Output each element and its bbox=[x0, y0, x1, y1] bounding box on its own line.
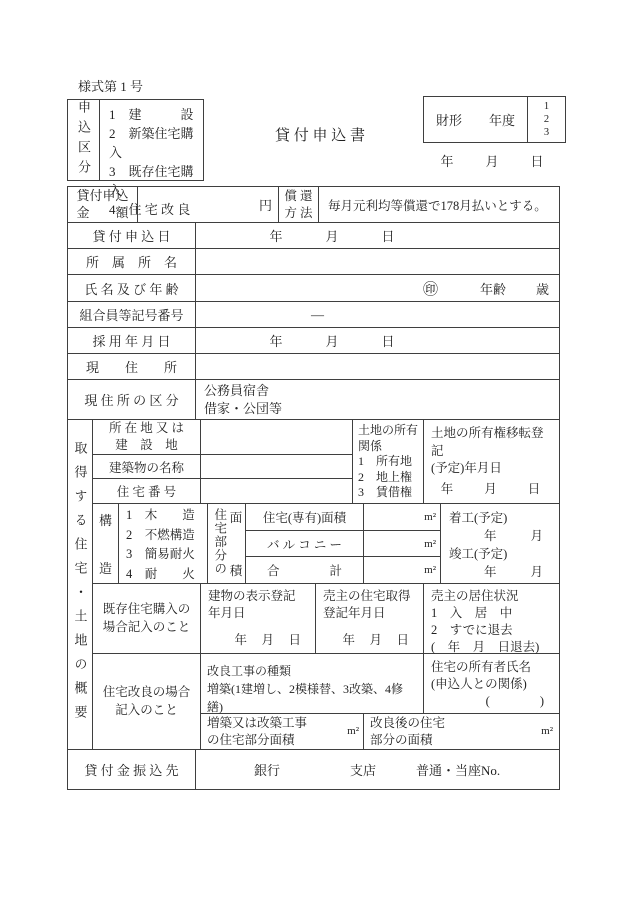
member-number-label: 組合員等記号番号 bbox=[68, 302, 196, 327]
land-ownership-title-2: 関係 bbox=[358, 439, 423, 455]
transfer-destination-input[interactable]: 銀行 支店 普通・当座No. bbox=[196, 750, 559, 789]
land-registration-date-input[interactable]: 年 月 日 bbox=[431, 481, 552, 499]
structure-options: 1 木 造 2 不燃構造 3 簡易耐火 4 耐 火 bbox=[119, 504, 208, 583]
sqm-unit: m² bbox=[347, 724, 359, 738]
row-member-number: 組合員等記号番号 — bbox=[68, 302, 559, 328]
row-building-name: 建築物の名称 bbox=[93, 455, 352, 480]
improvement-work-type-title: 改良工事の種類 bbox=[207, 662, 417, 680]
construction-start-date-input[interactable]: 年 月 bbox=[449, 527, 551, 545]
land-registration-label-1: 土地の所有権移転登記 bbox=[431, 425, 552, 460]
exclusive-area-input[interactable]: m² bbox=[364, 504, 440, 530]
improvement-body: 改良工事の種類 増築(1建増し、2模様替、3改築、4修繕) 住宅の所有者氏名 (… bbox=[201, 654, 559, 749]
sqm-unit: m² bbox=[424, 564, 436, 576]
improvement-bottom-row: 増築又は改築工事 の住宅部分面積 m² 改良後の住宅 部分の面積 bbox=[201, 714, 559, 749]
after-improvement-area-cell[interactable]: 改良後の住宅 部分の面積 m² bbox=[364, 714, 559, 749]
exclusive-area-label: 住宅(専有)面積 bbox=[246, 504, 364, 530]
land-ownership-cell: 土地の所有 関係 1 所有地 2 地上権 3 賃借権 bbox=[353, 420, 424, 503]
house-owner-name-label: 住宅の所有者氏名 bbox=[431, 659, 552, 676]
sqm-unit: m² bbox=[541, 724, 553, 738]
row-name-age: 氏 名 及 び 年 齢 ㊞ 年齢 歳 bbox=[68, 275, 559, 302]
existing-purchase-label: 既存住宅購入の 場合記入のこと bbox=[93, 584, 201, 653]
yen-unit: 円 bbox=[259, 195, 272, 214]
office-name-label: 所 属 所 名 bbox=[68, 249, 196, 274]
address-type-label: 現 住 所 の 区 分 bbox=[68, 380, 196, 419]
improvement-top-row: 改良工事の種類 増築(1建増し、2模様替、3改築、4修繕) 住宅の所有者氏名 (… bbox=[201, 654, 559, 714]
application-category-box: 申込区分 1 建 設 2 新築住宅購入 3 既存住宅購入 4 住 宅 改 良 bbox=[67, 99, 204, 181]
existing-purchase-group: 既存住宅購入の 場合記入のこと 建物の表示登記 年月日 年 月 日 売主の住宅取… bbox=[93, 584, 559, 654]
building-name-input[interactable] bbox=[201, 455, 352, 479]
row-exclusive-area: 住宅(専有)面積 m² bbox=[246, 504, 440, 531]
structure-option-wood[interactable]: 1 木 造 bbox=[126, 505, 207, 523]
housing-area-label-main: 住宅部分の bbox=[211, 508, 229, 579]
house-owner-relation-label: (申込人との関係) bbox=[431, 676, 552, 693]
category-option-new-purchase[interactable]: 2 新築住宅購入 bbox=[109, 123, 203, 161]
loan-application-form: 様式第 1 号 申込区分 1 建 設 2 新築住宅購入 3 既存住宅購入 4 住… bbox=[0, 0, 630, 903]
row-loan-amount: 貸付申込 金 額 円 償 還 方 法 毎月元利均等償還で178月払いとする。 bbox=[68, 187, 559, 223]
name-age-input[interactable]: ㊞ 年齢 歳 bbox=[196, 275, 559, 301]
structure-label-bottom: 造 bbox=[99, 558, 112, 577]
building-display-registration-cell: 建物の表示登記 年月日 年 月 日 bbox=[201, 584, 316, 653]
area-rows: 住宅(専有)面積 m² バ ル コ ニ ー m² 合 bbox=[246, 504, 441, 583]
age-label: 年齢 bbox=[480, 279, 506, 298]
page-title: 貸 付 申 込 書 bbox=[225, 124, 415, 145]
repayment-method-label: 償 還 方 法 bbox=[279, 187, 319, 222]
location-group: 所 在 地 又 は 建 設 地 建築物の名称 住 宅 番 号 bbox=[93, 420, 559, 504]
seller-residence-option-vacated[interactable]: 2 すでに退去 bbox=[431, 622, 552, 639]
zaikei-number-3[interactable]: 3 bbox=[544, 126, 549, 139]
seller-residence-status-title: 売主の居住状況 bbox=[431, 588, 552, 605]
improvement-group: 住宅改良の場合 記入のこと 改良工事の種類 増築(1建増し、2模様替、3改築、4… bbox=[93, 654, 559, 749]
current-address-label: 現 住 所 bbox=[68, 354, 196, 379]
loan-amount-label: 貸付申込 金 額 bbox=[68, 187, 138, 222]
office-name-input[interactable] bbox=[196, 249, 559, 274]
row-house-number: 住 宅 番 号 bbox=[93, 479, 352, 503]
improvement-work-type-options[interactable]: 増築(1建増し、2模様替、3改築、4修繕) bbox=[207, 680, 417, 716]
seal-mark-icon: ㊞ bbox=[423, 278, 438, 299]
construction-finish-label: 竣工(予定) bbox=[449, 545, 551, 563]
hire-date-label: 採 用 年 月 日 bbox=[68, 328, 196, 353]
construction-finish-date-input[interactable]: 年 月 bbox=[449, 563, 551, 581]
land-ownership-title-1: 土地の所有 bbox=[358, 423, 423, 439]
balcony-area-input[interactable]: m² bbox=[364, 531, 440, 557]
row-hire-date: 採 用 年 月 日 年 月 日 bbox=[68, 328, 559, 354]
zaikei-number-2[interactable]: 2 bbox=[544, 113, 549, 126]
hire-date-input[interactable]: 年 月 日 bbox=[196, 328, 559, 353]
row-application-date: 貸 付 申 込 日 年 月 日 bbox=[68, 223, 559, 249]
branch-label: 支店 bbox=[350, 760, 376, 779]
row-address-type: 現 住 所 の 区 分 公務員宿舎 借家・公団等 bbox=[68, 380, 559, 420]
category-options: 1 建 設 2 新築住宅購入 3 既存住宅購入 4 住 宅 改 良 bbox=[100, 100, 203, 180]
house-owner-relation-input[interactable]: ( ) bbox=[431, 693, 552, 710]
extension-area-cell[interactable]: 増築又は改築工事 の住宅部分面積 m² bbox=[201, 714, 364, 749]
category-option-construction[interactable]: 1 建 設 bbox=[109, 104, 203, 123]
address-type-option-1[interactable]: 公務員宿舎 bbox=[204, 382, 269, 400]
application-date-input[interactable]: 年 月 日 bbox=[196, 223, 559, 248]
housing-area-label-cell: 住宅部分の 面 積 bbox=[208, 504, 246, 583]
structure-option-nonflammable[interactable]: 2 不燃構造 bbox=[126, 525, 207, 543]
extension-area-label: 増築又は改築工事 の住宅部分面積 bbox=[207, 715, 307, 748]
house-number-input[interactable] bbox=[201, 479, 352, 503]
structure-label-top: 構 bbox=[99, 510, 112, 529]
site-location-input[interactable] bbox=[201, 420, 352, 454]
form-table: 貸付申込 金 額 円 償 還 方 法 毎月元利均等償還で178月払いとする。 貸… bbox=[67, 186, 560, 790]
row-transfer-destination: 貸 付 金 振 込 先 銀行 支店 普通・当座No. bbox=[68, 750, 559, 789]
seller-vacated-date-input[interactable]: ( 年 月 日退去) bbox=[431, 639, 552, 656]
address-type-option-2[interactable]: 借家・公団等 bbox=[204, 400, 282, 418]
seller-acquisition-registration-cell: 売主の住宅取得 登記年月日 年 月 日 bbox=[316, 584, 424, 653]
location-rows: 所 在 地 又 は 建 設 地 建築物の名称 住 宅 番 号 bbox=[93, 420, 353, 503]
land-registration-label-2: (予定)年月日 bbox=[431, 460, 552, 478]
current-address-input[interactable] bbox=[196, 354, 559, 379]
category-side-label: 申込区分 bbox=[74, 100, 93, 180]
zaikei-label-cell: 財形 年度 bbox=[424, 97, 527, 142]
section-body: 所 在 地 又 は 建 設 地 建築物の名称 住 宅 番 号 bbox=[93, 420, 559, 749]
site-location-label: 所 在 地 又 は 建 設 地 bbox=[93, 420, 201, 454]
zaikei-number-options: 1 2 3 bbox=[527, 97, 565, 142]
seller-acquisition-registration-date-input[interactable]: 年 月 日 bbox=[323, 632, 416, 649]
row-total-area: 合 計 m² bbox=[246, 557, 440, 583]
row-balcony-area: バ ル コ ニ ー m² bbox=[246, 531, 440, 558]
balcony-area-label: バ ル コ ニ ー bbox=[246, 531, 364, 557]
name-age-label: 氏 名 及 び 年 齢 bbox=[68, 275, 196, 301]
row-site-location: 所 在 地 又 は 建 設 地 bbox=[93, 420, 352, 455]
sqm-unit: m² bbox=[424, 538, 436, 550]
sqm-unit: m² bbox=[424, 511, 436, 523]
seller-residence-status-cell: 売主の居住状況 1 入 居 中 2 すでに退去 ( 年 月 日退去) bbox=[424, 584, 559, 653]
member-number-input[interactable]: — bbox=[196, 302, 559, 327]
total-area-label: 合 計 bbox=[246, 557, 364, 583]
improvement-label: 住宅改良の場合 記入のこと bbox=[93, 654, 201, 749]
building-name-label: 建築物の名称 bbox=[93, 455, 201, 479]
section-side-band: 取得する住宅・土地の概要 bbox=[68, 420, 93, 749]
structure-option-fireproof[interactable]: 4 耐 火 bbox=[126, 564, 207, 582]
total-area-input[interactable]: m² bbox=[364, 557, 440, 583]
row-current-address: 現 住 所 bbox=[68, 354, 559, 380]
transfer-destination-label: 貸 付 金 振 込 先 bbox=[68, 750, 196, 789]
house-number-label: 住 宅 番 号 bbox=[93, 479, 201, 503]
structure-option-semi-fireproof[interactable]: 3 簡易耐火 bbox=[126, 544, 207, 562]
housing-area-label-sub: 面 積 bbox=[230, 508, 243, 579]
repayment-method-text: 毎月元利均等償還で178月払いとする。 bbox=[319, 187, 559, 222]
improvement-work-type-cell[interactable]: 改良工事の種類 増築(1建増し、2模様替、3改築、4修繕) bbox=[201, 654, 424, 713]
land-ownership-option-3[interactable]: 3 賃借権 bbox=[358, 485, 423, 501]
zaikei-number-1[interactable]: 1 bbox=[544, 100, 549, 113]
row-office-name: 所 属 所 名 bbox=[68, 249, 559, 275]
structure-group: 構 造 1 木 造 2 不燃構造 3 簡易耐火 4 耐 火 住宅部分の 面 積 bbox=[93, 504, 559, 584]
construction-start-label: 着工(予定) bbox=[449, 509, 551, 527]
land-ownership-option-1[interactable]: 1 所有地 bbox=[358, 454, 423, 470]
construction-dates-cell: 着工(予定) 年 月 竣工(予定) 年 月 bbox=[441, 504, 559, 583]
address-type-options[interactable]: 公務員宿舎 借家・公団等 bbox=[196, 380, 559, 419]
bank-label: 銀行 bbox=[254, 760, 280, 779]
form-number: 様式第 1 号 bbox=[78, 76, 143, 95]
acquisition-overview-section: 取得する住宅・土地の概要 所 在 地 又 は 建 設 地 bbox=[68, 420, 559, 750]
age-unit: 歳 bbox=[536, 279, 549, 298]
category-side-label-cell: 申込区分 bbox=[68, 100, 100, 180]
land-ownership-option-2[interactable]: 2 地上権 bbox=[358, 470, 423, 486]
account-number-label: 普通・当座No. bbox=[416, 760, 500, 779]
zaikei-label: 財形 bbox=[436, 110, 462, 129]
zaikei-year-box: 財形 年度 1 2 3 bbox=[423, 96, 566, 143]
fiscal-year-label: 年度 bbox=[489, 110, 515, 129]
seller-residence-option-occupied[interactable]: 1 入 居 中 bbox=[431, 605, 552, 622]
loan-amount-input[interactable]: 円 bbox=[138, 187, 279, 222]
land-registration-cell: 土地の所有権移転登記 (予定)年月日 年 月 日 bbox=[424, 420, 559, 503]
after-improvement-area-label: 改良後の住宅 部分の面積 bbox=[370, 715, 445, 748]
application-date-label: 貸 付 申 込 日 bbox=[68, 223, 196, 248]
section-side-label: 取得する住宅・土地の概要 bbox=[71, 441, 90, 729]
structure-label-cell: 構 造 bbox=[93, 504, 119, 583]
header-date-placeholder[interactable]: 年 月 日 bbox=[420, 151, 566, 170]
building-display-registration-date-input[interactable]: 年 月 日 bbox=[208, 632, 308, 649]
house-owner-cell: 住宅の所有者氏名 (申込人との関係) ( ) bbox=[424, 654, 559, 713]
